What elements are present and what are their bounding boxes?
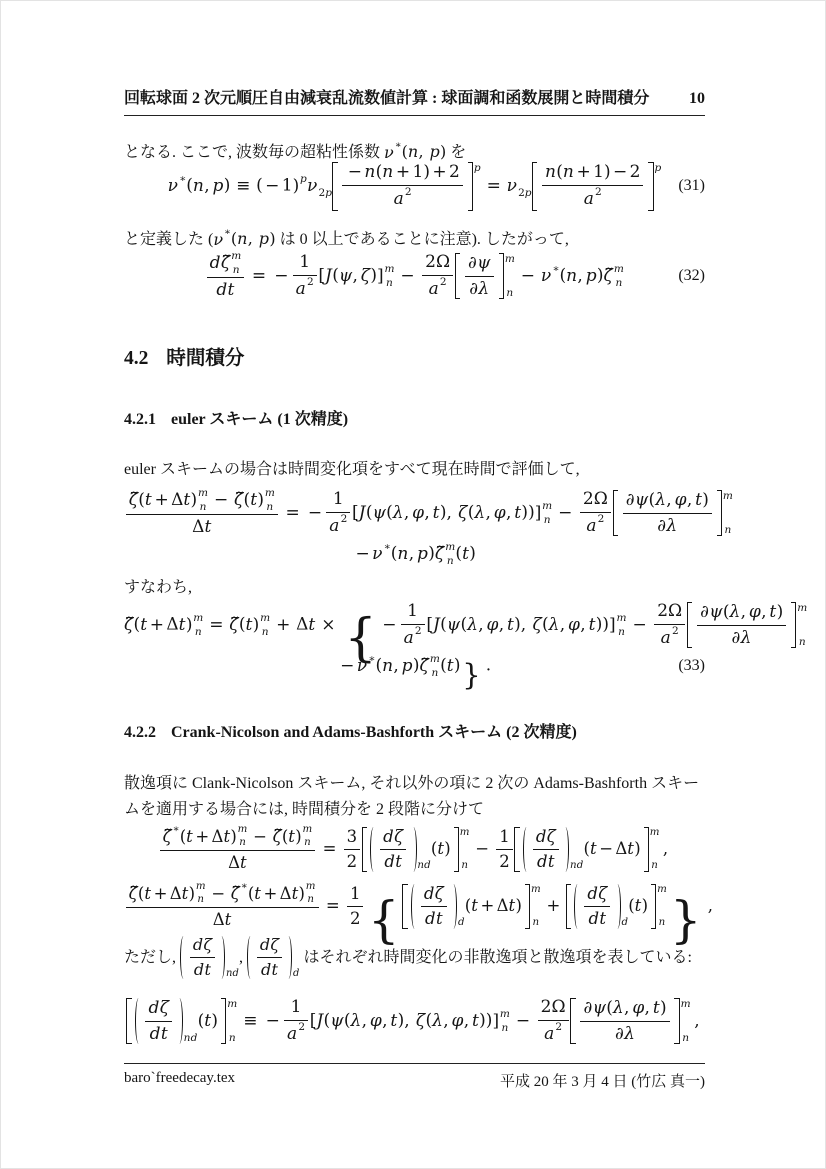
equation-euler-line2: −ν∗(n,p)ζ̃mn(t) [124,542,705,566]
equation-33-line1: ζ̃(t+Δt)mn=ζ̃(t)mn+Δt×{−1a2[J(ψ(λ,φ,t),ζ… [124,600,705,650]
header-page-number: 10 [689,90,705,108]
paragraph-definition-note: と定義した (ν∗(n,p) は 0 以上であることに注意). したがって, [124,227,705,253]
equation-32-number: (32) [678,267,705,285]
subsection-heading-4-2-1: 4.2.1euler スキーム (1 次精度) [124,406,705,429]
paragraph-euler: euler スキームの場合は時間変化項をすべて現在時間で評価して, [124,457,705,483]
paragraph-cnab: 散逸項に Clank-Nicolson スキーム, それ以外の項に 2 次の A… [124,771,705,822]
equation-31-number: (31) [678,177,705,195]
paragraph-text: ただし, [124,949,180,966]
equation-33-line1-math: ζ̃(t+Δt)mn=ζ̃(t)mn+Δt×{−1a2[J(ψ(λ,φ,t),ζ… [124,615,807,634]
inline-math-dzdt-d: dζdtd [247,949,299,966]
paragraph-sunawachi: すなわち, [124,575,705,601]
subsection-heading-4-2-2: 4.2.2Crank-Nicolson and Adams-Bashforth … [124,719,705,742]
page-footer: baro`freedecay.tex 平成 20 年 3 月 4 日 (竹広 真… [124,1063,705,1091]
subsection-number: 4.2.2 [124,724,156,741]
section-heading-4-2: 4.2時間積分 [124,342,705,370]
equation-31-math: ν∗(n,p)≡(−1)pν2p−n(n+1)+2a2p=ν2pn(n+1)−2… [168,176,662,195]
subsection-number: 4.2.1 [124,411,156,428]
footer-date-author: 平成 20 年 3 月 4 日 (竹広 真一) [500,1070,705,1091]
paragraph-text: , [239,949,247,966]
equation-32: dζ̃mndt=−1a2[J(ψ,ζ)]mn−2Ωa2∂ψ∂λmn−ν∗(n,p… [124,251,705,301]
paragraph-text: すなわち, [124,579,192,596]
equation-euler-line2-math: −ν∗(n,p)ζ̃mn(t) [353,544,476,563]
equation-33-line2: −ν∗(n,p)ζ̃mn(t)}. (33) [124,654,705,678]
inline-math-nu-star: ν∗(n,p) [384,144,446,161]
subsection-title: Crank-Nicolson and Adams-Bashforth スキーム … [171,724,577,741]
subsection-title: euler スキーム (1 次精度) [171,411,348,428]
paragraph-tadashi: ただし, dζdtnd, dζdtd はそれぞれ時間変化の非散逸項と散逸項を表し… [124,935,705,980]
page-header: 回転球面 2 次元順圧自由減衰乱流数値計算 : 球面調和函数展開と時間積分 10 [124,85,705,116]
equation-cnab-line2-math: ζ̃(t+Δt)mn−ζ̃∗(t+Δt)mnΔt=12{dζdtd(t+Δt)m… [124,896,716,915]
paragraph-text: euler スキームの場合は時間変化項をすべて現在時間で評価して, [124,461,580,478]
equation-cnab-scheme: ζ̃∗(t+Δt)mn−ζ̃(t)mnΔt=32dζdtnd(t)mn−12dζ… [124,825,705,931]
header-running-title: 回転球面 2 次元順圧自由減衰乱流数値計算 : 球面調和函数展開と時間積分 [124,85,649,108]
paragraph-text: となる. ここで, 波数毎の超粘性係数 [124,144,384,161]
section-title: 時間積分 [166,348,244,369]
paragraph-text: を [446,144,466,161]
equation-32-math: dζ̃mndt=−1a2[J(ψ,ζ)]mn−2Ωa2∂ψ∂λmn−ν∗(n,p… [205,266,624,285]
paragraph-text: はそれぞれ時間変化の非散逸項と散逸項を表している: [300,949,692,966]
paragraph-text: と定義した ( [124,231,213,248]
equation-euler-line1: ζ̃(t+Δt)mn−ζ̃(t)mnΔt=−1a2[J(ψ(λ,φ,t),ζ(λ… [124,488,705,538]
document-page: 回転球面 2 次元順圧自由減衰乱流数値計算 : 球面調和函数展開と時間積分 10… [0,0,826,1169]
equation-nondissipative-math: dζdtnd(t)mn≡−1a2[J(ψ(λ,φ,t),ζ(λ,φ,t))]mn… [126,1011,702,1030]
equation-euler-line1-math: ζ̃(t+Δt)mn−ζ̃(t)mnΔt=−1a2[J(ψ(λ,φ,t),ζ(λ… [124,503,733,522]
equation-euler-scheme: ζ̃(t+Δt)mn−ζ̃(t)mnΔt=−1a2[J(ψ(λ,φ,t),ζ(λ… [124,488,705,567]
equation-33-line2-math: −ν∗(n,p)ζ̃mn(t)}. [338,656,491,675]
equation-cnab-line1: ζ̃∗(t+Δt)mn−ζ̃(t)mnΔt=32dζdtnd(t)mn−12dζ… [124,825,705,874]
equation-33-number: (33) [678,657,705,675]
equation-nondissipative-def: dζdtnd(t)mn≡−1a2[J(ψ(λ,φ,t),ζ(λ,φ,t))]mn… [124,996,705,1046]
equation-cnab-line2: ζ̃(t+Δt)mn−ζ̃∗(t+Δt)mnΔt=12{dζdtd(t+Δt)m… [124,882,705,931]
equation-33: ζ̃(t+Δt)mn=ζ̃(t)mn+Δt×{−1a2[J(ψ(λ,φ,t),ζ… [124,600,705,679]
equation-cnab-line1-math: ζ̃∗(t+Δt)mn−ζ̃(t)mnΔt=32dζdtnd(t)mn−12dζ… [158,839,671,858]
section-number: 4.2 [124,348,148,369]
equation-31: ν∗(n,p)≡(−1)pν2p−n(n+1)+2a2p=ν2pn(n+1)−2… [124,161,705,211]
footer-filename: baro`freedecay.tex [124,1070,235,1091]
paragraph-text: 散逸項に Clank-Nicolson スキーム, それ以外の項に 2 次の A… [124,775,699,818]
paragraph-text: は 0 以上であることに注意). したがって, [276,231,569,248]
inline-math-nu-star: ν∗(n,p) [213,231,275,248]
inline-math-dzdt-nd: dζdtnd [180,949,239,966]
